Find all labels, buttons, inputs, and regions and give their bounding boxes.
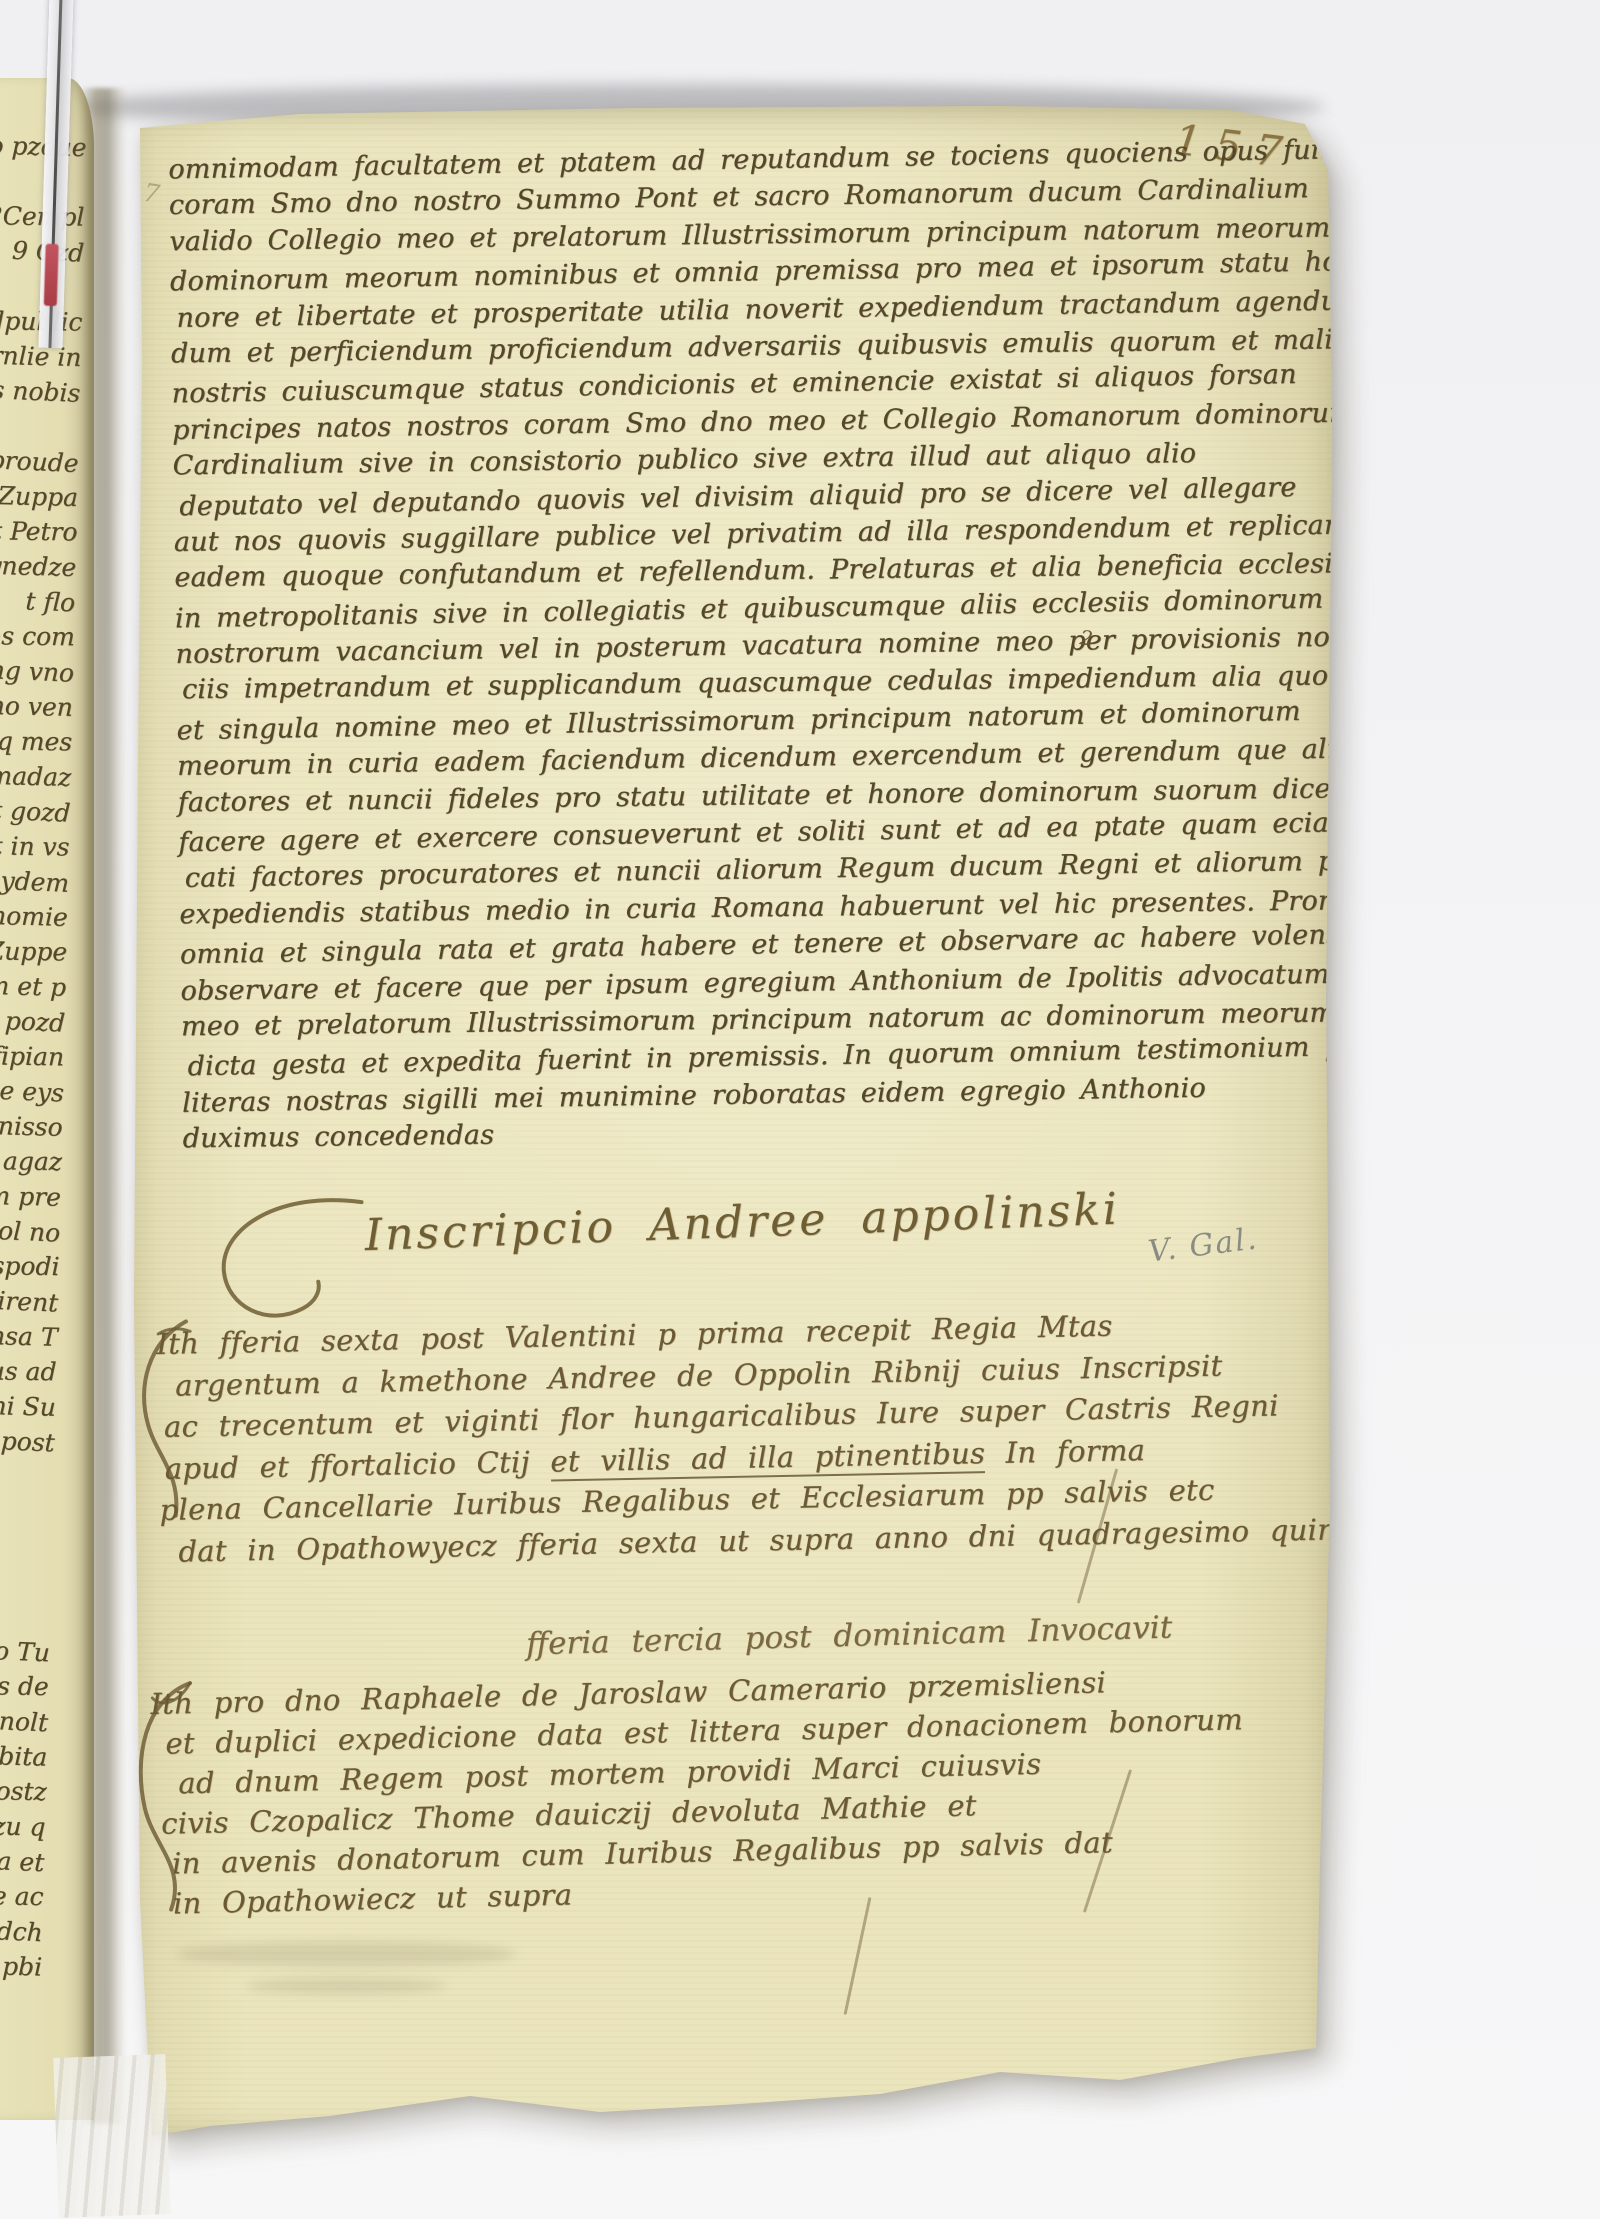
feria-tercia-entry: Ith pro dno Raphaele de Jaroslaw Camerar… [150,1657,1335,1924]
flourish-descender-stroke [844,1897,872,2015]
parchment-leaf: 157 157 omnimodam facultatem et ptatem a… [96,106,1336,2140]
section-heading: fferia tercia post dominicam Invocavit [526,1610,1173,1663]
underlined-phrase: et villis ad illa ptinentibus [550,1436,985,1481]
scanned-manuscript-page: uo pzoue2Cempl9 Czddpublicpernlie inis n… [0,0,1600,2219]
line-prefix: apud et ffortalicio Ctij [164,1444,550,1485]
parchment-leaf-wrap: 157 157 omnimodam facultatem et ptatem a… [0,0,1600,2219]
entry-lines-top: Ith fferia sexta post Valentini p prima … [156,1301,1334,1448]
entry-lines: Ith pro dno Raphaele de Jaroslaw Camerar… [150,1657,1335,1924]
underlying-page-edges [53,2054,171,2218]
main-entry-text: omnimodam facultatem et ptatem ad reputa… [168,133,1335,1160]
feria-sexta-entry: Ith fferia sexta post Valentini p prima … [156,1301,1337,1573]
line-suffix: In forma [985,1433,1146,1470]
folio-number-margin-faint: 157 [104,172,165,210]
inscription-text: Inscripcio Andree appolinski [364,1184,1121,1261]
ink-smudge [246,1978,446,1994]
ink-smudge [176,1941,516,1967]
archivist-pencil-note: V. Gal. [1146,1221,1260,1269]
